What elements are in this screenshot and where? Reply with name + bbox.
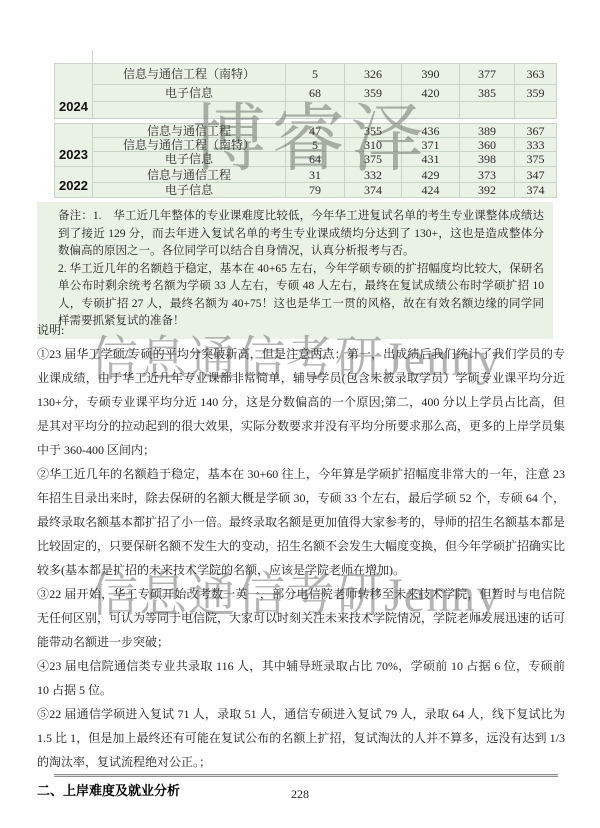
major-cell: 电子信息 [93,152,286,167]
score-cell: 398 [460,152,515,167]
table-row: 电子信息 68 359 420 385 359 [55,85,557,102]
major-cell: 电子信息 [93,183,286,198]
major-cell: 信息与通信工程 [93,167,286,183]
score-cell: 363 [515,64,557,85]
score-cell: 64 [286,152,345,167]
document-page: 2024 信息与通信工程（南特） 5 326 390 377 363 电子信息 … [0,0,600,828]
score-cell: 431 [402,152,460,167]
score-cell: 31 [286,167,345,183]
year-cell-2023: 2023 [55,124,93,167]
score-cell: 374 [345,183,402,198]
score-cell: 68 [286,85,345,102]
table-row: 电子信息 64 375 431 398 375 [55,152,557,167]
major-cell: 电子信息 [93,85,286,102]
paragraph-2: ②华工近几年的名额趋于稳定，基本在 30+60 往上，今年算是学硕扩招幅度非常大… [37,462,565,582]
score-cell: 385 [460,85,515,102]
score-cell: 429 [402,167,460,183]
score-cell: 420 [402,85,460,102]
score-cell: 367 [515,124,557,138]
paragraph-4: ④23 届电信院通信类专业共录取 116 人，其中辅导班录取占比 70%，学硕前… [37,654,565,702]
score-cell: 355 [345,124,402,138]
page-number: 228 [0,787,600,802]
table-border-stub [92,50,93,63]
score-cell: 375 [345,152,402,167]
score-cell: 359 [345,85,402,102]
paragraph-1: ①23 届华工学硕/专硕的平均分突破新高，但是注意两点：第一，出成绩后我们统计了… [37,342,565,462]
score-cell: 310 [345,138,402,152]
shuoming-label: 说明: [37,318,565,342]
score-cell: 436 [402,124,460,138]
score-cell [345,102,402,119]
score-cell: 371 [402,138,460,152]
score-cell: 373 [460,167,515,183]
table-row: 2023 信息与通信工程 47 355 436 389 367 [55,124,557,138]
year-cell-2024: 2024 [55,64,93,119]
major-cell: 信息与通信工程 [93,124,286,138]
year-cell-2022: 2022 [55,167,93,198]
paragraph-5: ⑤22 届通信学硕进入复试 71 人，录取 51 人，通信专硕进入复试 79 人… [37,702,565,774]
score-cell: 377 [460,64,515,85]
table-row: 2024 信息与通信工程（南特） 5 326 390 377 363 [55,64,557,85]
score-cell: 333 [515,138,557,152]
footer-rule [54,774,558,777]
score-cell: 79 [286,183,345,198]
score-cell: 359 [515,85,557,102]
score-cell: 374 [515,183,557,198]
score-cell [286,102,345,119]
score-cell [402,102,460,119]
table-row-empty [55,102,557,119]
score-cell: 392 [460,183,515,198]
score-cell: 375 [515,152,557,167]
table-row: 电子信息 79 374 424 392 374 [55,183,557,198]
note-paragraph-1: 备注：1. 华工近几年整体的专业课难度比较低，今年华工进复试名单的考生专业课整体… [58,208,544,261]
major-cell: 信息与通信工程（南特） [93,138,286,152]
score-cell: 347 [515,167,557,183]
table-row: 2022 信息与通信工程 31 332 429 373 347 [55,167,557,183]
admission-score-table: 2024 信息与通信工程（南特） 5 326 390 377 363 电子信息 … [54,63,557,198]
score-cell: 424 [402,183,460,198]
score-cell: 332 [345,167,402,183]
score-cell [515,102,557,119]
major-cell: 信息与通信工程（南特） [93,64,286,85]
score-cell: 5 [286,64,345,85]
paragraph-3: ③22 届开始，华工专硕开始改考数一英一，部分电信院老师转移至未来技术学院，但暂… [37,582,565,654]
body-text: 说明: ①23 届华工学硕/专硕的平均分突破新高，但是注意两点：第一，出成绩后我… [37,318,565,802]
score-cell: 360 [460,138,515,152]
score-cell: 5 [286,138,345,152]
score-cell: 390 [402,64,460,85]
table-row: 信息与通信工程（南特） 5 310 371 360 333 [55,138,557,152]
score-cell: 47 [286,124,345,138]
score-cell: 326 [345,64,402,85]
major-cell [93,102,286,119]
score-cell [460,102,515,119]
score-cell: 389 [460,124,515,138]
